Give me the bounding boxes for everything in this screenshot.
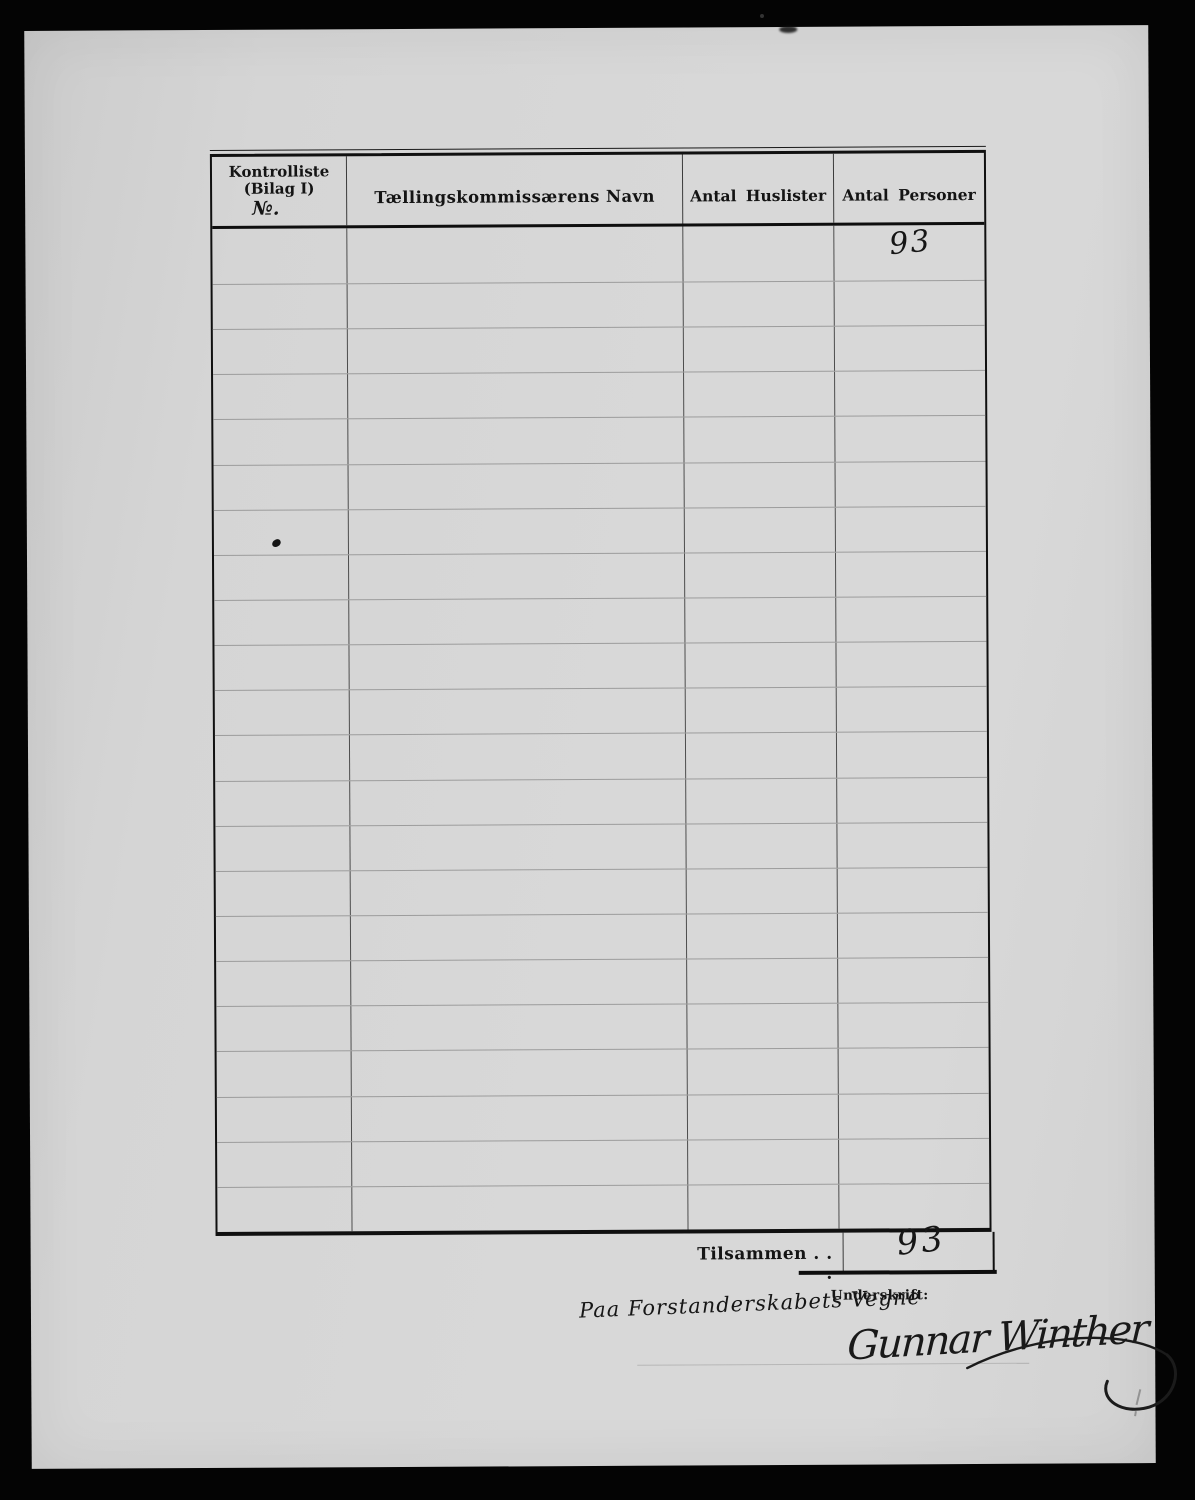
cell-navn	[349, 644, 685, 690]
cell-navn	[348, 283, 684, 329]
cell-antal-huslister	[686, 778, 837, 823]
cell-antal-personer	[836, 507, 986, 552]
pen-mark	[1134, 1411, 1137, 1416]
cell-antal-huslister	[688, 1185, 839, 1230]
cell-antal-huslister	[684, 282, 835, 327]
cell-antal-huslister	[683, 226, 834, 282]
cell-antal-huslister	[684, 372, 835, 417]
cell-kontrolliste	[213, 375, 348, 420]
header-antal-personer: Antal Personer	[834, 153, 984, 223]
signature-handwritten: Gunnar Winther	[846, 1307, 1148, 1368]
signature-line	[637, 1363, 1029, 1366]
cell-antal-personer	[838, 1003, 988, 1048]
cell-antal-huslister	[685, 598, 836, 643]
cell-navn	[352, 1140, 688, 1186]
cell-navn	[352, 1050, 688, 1096]
cell-kontrolliste	[213, 329, 348, 374]
cell-antal-personer	[836, 461, 986, 506]
cell-antal-huslister	[687, 959, 838, 1004]
table-body: 93	[212, 225, 989, 1232]
edge-smudge	[779, 26, 797, 33]
cell-antal-huslister	[685, 507, 836, 552]
cell-antal-personer	[835, 416, 985, 461]
table-row	[216, 958, 988, 1007]
tilsammen-cell-divider	[843, 1233, 844, 1273]
cell-antal-personer	[839, 1093, 989, 1138]
cell-kontrolliste	[215, 781, 350, 826]
cell-navn	[348, 373, 684, 419]
cell-kontrolliste	[213, 284, 348, 329]
table-row	[214, 642, 986, 691]
cell-antal-personer	[836, 597, 986, 642]
handwritten-entry: 93	[888, 226, 933, 260]
tilsammen-total-handwritten: 93	[895, 1222, 948, 1261]
header-navn: Tællingskommissærens Navn	[347, 155, 683, 226]
cell-navn	[348, 418, 684, 464]
cell-navn	[349, 598, 685, 644]
cell-antal-personer	[837, 687, 987, 732]
cell-kontrolliste	[216, 871, 351, 916]
cell-kontrolliste	[215, 826, 350, 871]
cell-navn	[350, 779, 686, 825]
cell-kontrolliste	[214, 555, 349, 600]
cell-navn	[348, 328, 684, 374]
table-row	[213, 281, 985, 330]
paper-sheet: Kontrolliste (Bilag I) №. Tællingskommis…	[24, 25, 1156, 1469]
cell-kontrolliste	[213, 420, 348, 465]
cell-kontrolliste	[216, 1007, 351, 1052]
tilsammen-label: Tilsammen . . .	[693, 1244, 833, 1267]
cell-antal-personer: 93	[834, 225, 984, 281]
table-row	[214, 597, 986, 646]
table-row	[217, 1184, 989, 1232]
handwritten-note: Paa Forstanderskabets Vegne	[579, 1287, 900, 1322]
cell-navn	[350, 689, 686, 735]
cell-navn	[349, 553, 685, 599]
cell-navn	[349, 463, 685, 509]
cell-antal-huslister	[686, 733, 837, 778]
table-row	[216, 868, 988, 917]
cell-navn	[352, 1185, 688, 1231]
control-list-table: Kontrolliste (Bilag I) №. Tællingskommis…	[210, 150, 992, 1236]
numero-sign: №.	[212, 200, 346, 218]
cell-navn	[350, 734, 686, 780]
cell-antal-huslister	[688, 1094, 839, 1139]
cell-navn	[351, 960, 687, 1006]
header-antal-huslister-label: Antal Huslister	[683, 186, 833, 206]
cell-antal-personer	[835, 281, 985, 326]
cell-kontrolliste	[215, 691, 350, 736]
scan-background: { "table": { "header": { "col1_line1": "…	[0, 0, 1195, 1500]
cell-navn	[351, 1005, 687, 1051]
table-row	[214, 552, 986, 601]
header-antal-personer-label: Antal Personer	[834, 185, 984, 205]
cell-antal-huslister	[687, 869, 838, 914]
scan-speck	[760, 14, 764, 18]
cell-kontrolliste	[217, 1142, 352, 1187]
cell-kontrolliste	[216, 961, 351, 1006]
cell-kontrolliste	[214, 645, 349, 690]
cell-antal-huslister	[686, 688, 837, 733]
table-row	[214, 461, 986, 510]
table-row	[216, 1003, 988, 1052]
cell-antal-personer	[835, 326, 985, 371]
header-kontrolliste-line2: (Bilag I)	[212, 180, 346, 198]
table-row	[217, 1048, 989, 1097]
table-header-row: Kontrolliste (Bilag I) №. Tællingskommis…	[212, 153, 984, 229]
cell-antal-personer	[837, 823, 987, 868]
cell-antal-personer	[836, 642, 986, 687]
cell-kontrolliste	[217, 1097, 352, 1142]
cell-navn	[351, 914, 687, 960]
cell-antal-huslister	[685, 462, 836, 507]
cell-antal-personer	[837, 777, 987, 822]
cell-navn	[352, 1095, 688, 1141]
cell-antal-personer	[837, 732, 987, 777]
cell-kontrolliste	[214, 510, 349, 555]
pen-mark	[1136, 1389, 1142, 1405]
table-row	[213, 371, 985, 420]
header-navn-label: Tællingskommissærens Navn	[347, 187, 682, 208]
cell-antal-personer	[838, 958, 988, 1003]
table-row	[215, 732, 987, 781]
cell-kontrolliste	[214, 465, 349, 510]
header-kontrolliste-line1: Kontrolliste	[212, 163, 346, 181]
table-row: 93	[212, 225, 984, 285]
table-row	[216, 913, 988, 962]
cell-antal-personer	[836, 552, 986, 597]
cell-navn	[347, 227, 683, 284]
table-row	[215, 823, 987, 872]
cell-antal-personer	[838, 868, 988, 913]
cell-kontrolliste	[217, 1052, 352, 1097]
cell-antal-huslister	[687, 914, 838, 959]
table-row	[217, 1139, 989, 1188]
table-row	[213, 326, 985, 375]
table-row	[214, 507, 986, 556]
table-row	[215, 687, 987, 736]
table-row	[217, 1093, 989, 1142]
cell-navn	[349, 508, 685, 554]
cell-navn	[351, 869, 687, 915]
cell-antal-personer	[838, 913, 988, 958]
tilsammen-underline	[799, 1270, 997, 1275]
cell-antal-huslister	[687, 1004, 838, 1049]
cell-antal-huslister	[685, 553, 836, 598]
cell-antal-personer	[835, 371, 985, 416]
cell-antal-huslister	[684, 417, 835, 462]
cell-kontrolliste	[212, 228, 347, 284]
cell-antal-huslister	[688, 1049, 839, 1094]
header-kontrolliste: Kontrolliste (Bilag I) №.	[212, 156, 347, 226]
cell-antal-huslister	[686, 823, 837, 868]
cell-navn	[350, 824, 686, 870]
cell-kontrolliste	[214, 600, 349, 645]
table-row	[213, 416, 985, 465]
header-antal-huslister: Antal Huslister	[683, 154, 834, 224]
cell-antal-huslister	[688, 1139, 839, 1184]
cell-antal-personer	[839, 1139, 989, 1184]
cell-kontrolliste	[215, 736, 350, 781]
cell-kontrolliste	[217, 1187, 352, 1232]
cell-antal-huslister	[684, 327, 835, 372]
cell-antal-personer	[839, 1048, 989, 1093]
cell-kontrolliste	[216, 916, 351, 961]
cell-antal-huslister	[685, 643, 836, 688]
table-row	[215, 777, 987, 826]
tilsammen-cell-right-border	[993, 1232, 995, 1272]
